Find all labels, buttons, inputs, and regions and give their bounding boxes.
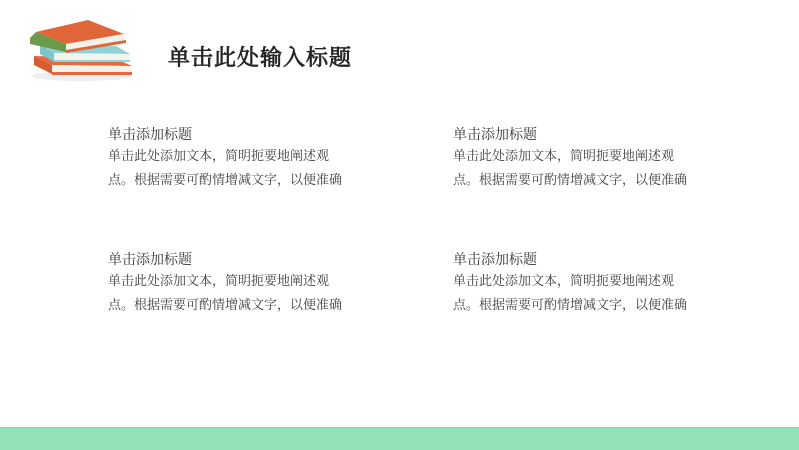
text-block-1[interactable]: 单击添加标题 单击此处添加文本，简明扼要地阐述观 点。根据需要可酌情增减文字，以…	[108, 125, 408, 193]
block-body-line: 点。根据需要可酌情增减文字，以便准确	[108, 294, 368, 318]
block-heading: 单击添加标题	[453, 125, 753, 145]
block-body: 单击此处添加文本，简明扼要地阐述观 点。根据需要可酌情增减文字，以便准确	[108, 270, 368, 318]
footer-bar	[0, 427, 799, 450]
block-body: 单击此处添加文本，简明扼要地阐述观 点。根据需要可酌情增减文字，以便准确	[453, 145, 713, 193]
block-body-line: 点。根据需要可酌情增减文字，以便准确	[453, 169, 713, 193]
block-body: 单击此处添加文本，简明扼要地阐述观 点。根据需要可酌情增减文字，以便准确	[453, 270, 713, 318]
books-stack-icon	[26, 18, 136, 83]
block-body-line: 点。根据需要可酌情增减文字，以便准确	[108, 169, 368, 193]
text-block-2[interactable]: 单击添加标题 单击此处添加文本，简明扼要地阐述观 点。根据需要可酌情增减文字，以…	[453, 125, 753, 193]
block-body-line: 单击此处添加文本，简明扼要地阐述观	[108, 270, 368, 294]
block-heading: 单击添加标题	[108, 250, 408, 270]
block-body-line: 点。根据需要可酌情增减文字，以便准确	[453, 294, 713, 318]
block-body-line: 单击此处添加文本，简明扼要地阐述观	[108, 145, 368, 169]
text-block-4[interactable]: 单击添加标题 单击此处添加文本，简明扼要地阐述观 点。根据需要可酌情增减文字，以…	[453, 250, 753, 318]
block-body: 单击此处添加文本，简明扼要地阐述观 点。根据需要可酌情增减文字，以便准确	[108, 145, 368, 193]
block-heading: 单击添加标题	[453, 250, 753, 270]
page-title[interactable]: 单击此处输入标题	[168, 44, 352, 74]
text-block-3[interactable]: 单击添加标题 单击此处添加文本，简明扼要地阐述观 点。根据需要可酌情增减文字，以…	[108, 250, 408, 318]
block-body-line: 单击此处添加文本，简明扼要地阐述观	[453, 270, 713, 294]
block-body-line: 单击此处添加文本，简明扼要地阐述观	[453, 145, 713, 169]
block-heading: 单击添加标题	[108, 125, 408, 145]
